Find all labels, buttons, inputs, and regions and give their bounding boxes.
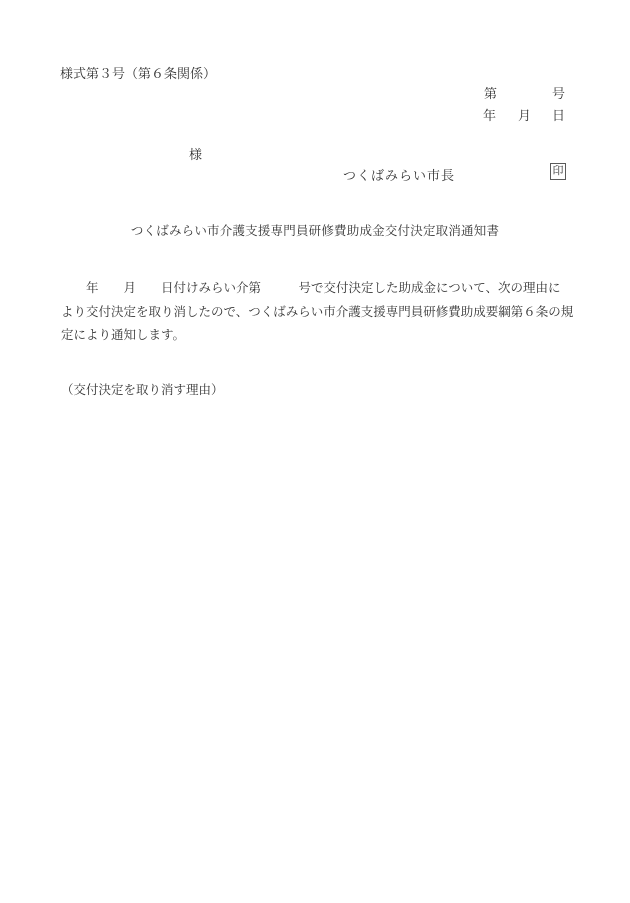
sender-title: つくばみらい市長 — [343, 165, 455, 184]
date-year-label: 年 — [483, 105, 496, 124]
form-number-label: 様式第３号（第６条関係） — [60, 63, 216, 82]
document-title: つくばみらい市介護支援専門員研修費助成金交付決定取消通知書 — [0, 221, 630, 239]
document-number-suffix: 号 — [552, 83, 565, 102]
body-line-1: 年 月 日付けみらい介第 号で交付決定した助成金について、次の理由に — [61, 277, 581, 301]
seal-mark: 印 — [550, 163, 566, 180]
document-number-prefix: 第 — [484, 83, 497, 102]
date-month-label: 月 — [518, 105, 531, 124]
addressee-honorific: 様 — [189, 144, 202, 163]
body-line-3: 定により通知します。 — [61, 324, 581, 348]
body-paragraph: 年 月 日付けみらい介第 号で交付決定した助成金について、次の理由に より交付決… — [61, 277, 581, 348]
body-line-2: より交付決定を取り消したので、つくばみらい市介護支援専門員研修費助成要綱第６条の… — [61, 301, 581, 325]
date-day-label: 日 — [552, 105, 565, 124]
cancellation-reason-heading: （交付決定を取り消す理由） — [61, 380, 224, 398]
document-page: 様式第３号（第６条関係） 第 号 年 月 日 様 つくばみらい市長 印 つくばみ… — [0, 0, 630, 903]
